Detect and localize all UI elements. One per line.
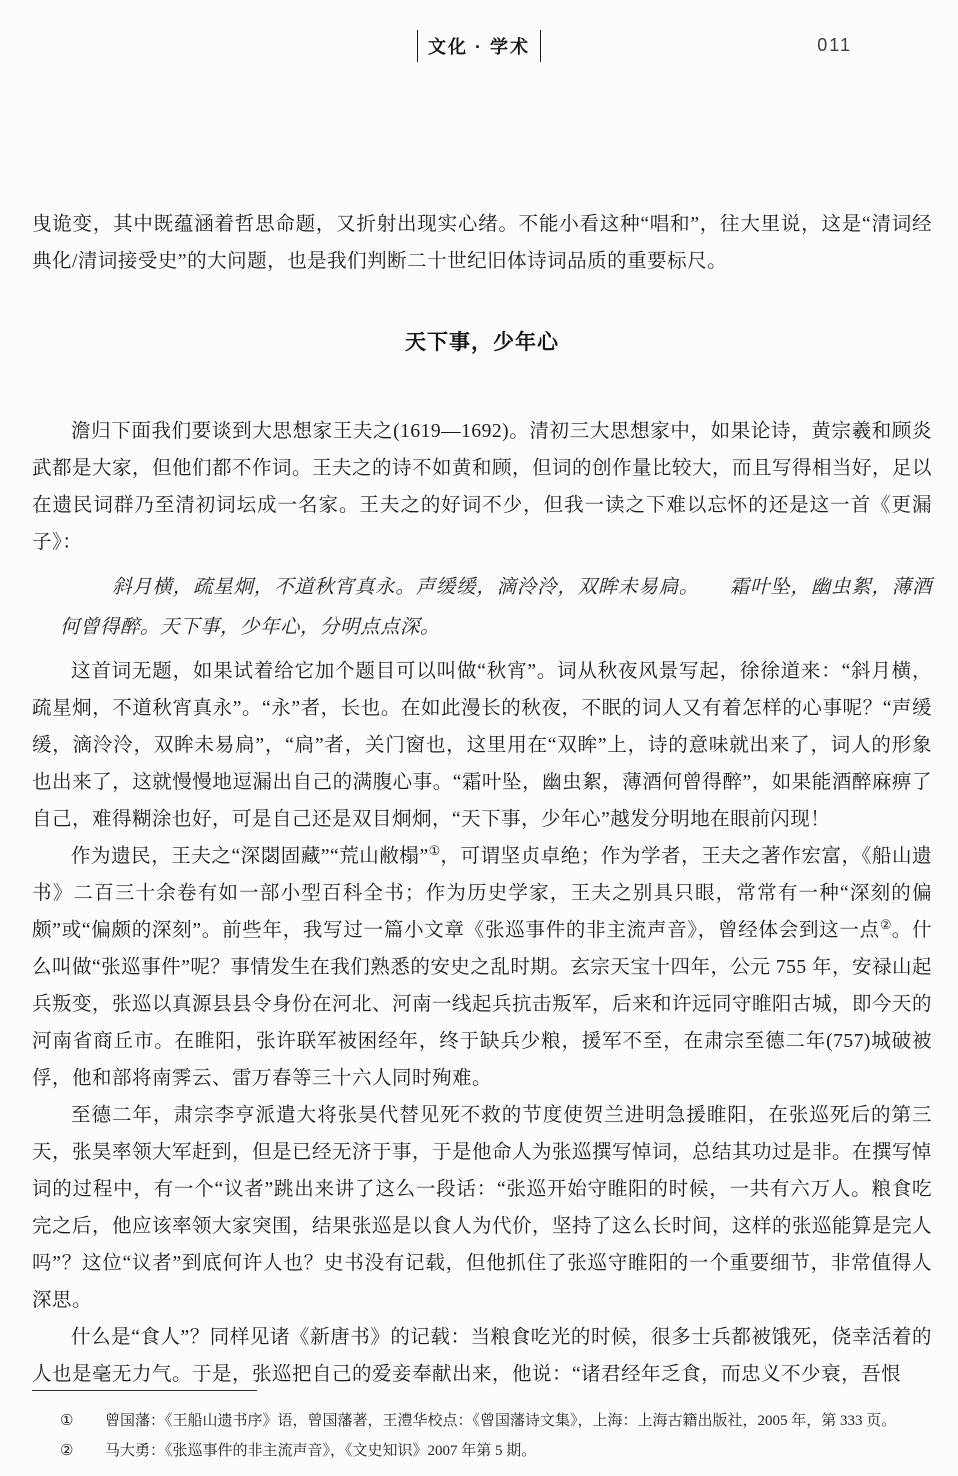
paragraph-segment: 。什么叫做“张巡事件”呢？事情发生在我们熟悉的安史之乱时期。玄宗天宝十四年，公元… bbox=[32, 920, 932, 1089]
section-heading: 天下事，少年心 bbox=[32, 324, 932, 361]
paragraph-wang-fuzhi-intro: 澹归下面我们要谈到大思想家王夫之(1619—1692)。清初三大思想家中，如果论… bbox=[32, 413, 932, 561]
footnote-ref-1: ① bbox=[429, 843, 441, 858]
footnote-text: 曾国藩：《王船山遗书序》语，曾国藩著，王澧华校点：《曾国藩诗文集》，上海：上海古… bbox=[105, 1406, 932, 1436]
paragraph-yimin-scholar: 作为遗民，王夫之“深閟固藏”“荒山敝榻”①，可谓坚贞卓绝；作为学者，王夫之著作宏… bbox=[32, 838, 932, 1097]
footnote-marker: ① bbox=[60, 1406, 105, 1436]
intro-continuation-paragraph: 曳诡变，其中既蕴涵着哲思命题，又折射出现实心绪。不能小看这种“唱和”，往大里说，… bbox=[32, 206, 932, 280]
footnote-item: ① 曾国藩：《王船山遗书序》语，曾国藩著，王澧华校点：《曾国藩诗文集》，上海：上… bbox=[32, 1406, 932, 1436]
paragraph-what-is-shiren: 什么是“食人”？同样见诸《新唐书》的记载：当粮食吃光的时候，很多士兵都被饿死，侥… bbox=[32, 1319, 932, 1393]
page-number: 011 bbox=[817, 35, 852, 56]
running-head: 文化 · 学术 011 bbox=[0, 30, 958, 64]
paragraph-segment: 作为遗民，王夫之“深閟固藏”“荒山敝榻” bbox=[71, 846, 429, 867]
paragraph-poem-analysis: 这首词无题，如果试着给它加个题目可以叫做“秋宵”。词从秋夜风景写起，徐徐道来：“… bbox=[32, 653, 932, 838]
section-title: 文化 · 学术 bbox=[417, 30, 541, 62]
footnote-section: ① 曾国藩：《王船山遗书序》语，曾国藩著，王澧华校点：《曾国藩诗文集》，上海：上… bbox=[32, 1390, 932, 1466]
footnote-text: 马大勇：《张巡事件的非主流声音》，《文史知识》2007 年第 5 期。 bbox=[105, 1436, 932, 1466]
document-page: 文化 · 学术 011 曳诡变，其中既蕴涵着哲思命题，又折射出现实心绪。不能小看… bbox=[0, 0, 958, 1476]
poem-quote-genglouzi: 斜月横，疏星炯，不道秋宵真永。声缓缓，滴泠泠，双眸未易扃。 霜叶坠，幽虫絮，薄酒… bbox=[60, 567, 932, 647]
footnote-ref-2: ② bbox=[880, 917, 892, 932]
paragraph-zhide-second-year: 至德二年，肃宗李亨派遣大将张昊代替见死不救的节度使贺兰进明急援睢阳，在张巡死后的… bbox=[32, 1097, 932, 1319]
footnote-marker: ② bbox=[60, 1436, 105, 1466]
footnote-divider bbox=[32, 1390, 257, 1391]
footnote-item: ② 马大勇：《张巡事件的非主流声音》，《文史知识》2007 年第 5 期。 bbox=[32, 1436, 932, 1466]
text-column: 曳诡变，其中既蕴涵着哲思命题，又折射出现实心绪。不能小看这种“唱和”，往大里说，… bbox=[32, 206, 932, 1393]
